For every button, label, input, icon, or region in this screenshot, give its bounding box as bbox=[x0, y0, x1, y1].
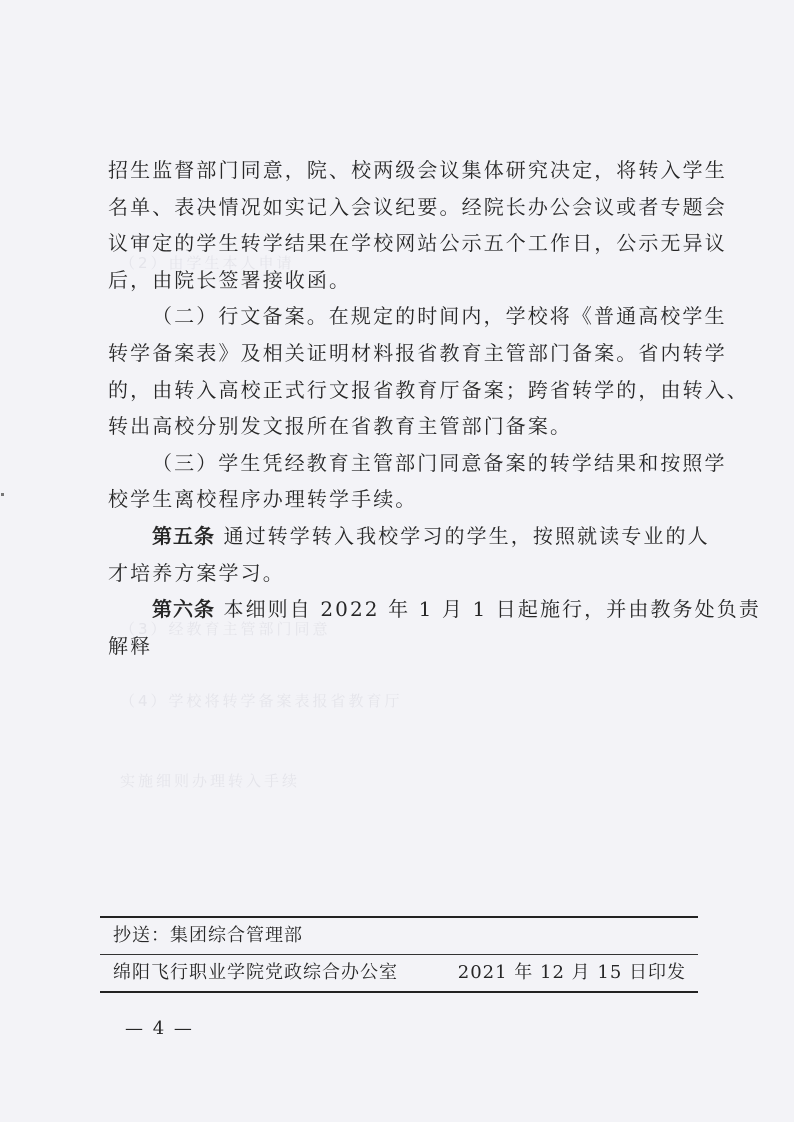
article-text: 通过转学转入我校学习的学生，按照就读专业的人 bbox=[223, 524, 709, 548]
text-line: 转出高校分别发文报所在省教育主管部门备案。 bbox=[108, 408, 702, 445]
document-body: 招生监督部门同意，院、校两级会议集体研究决定，将转入学生 名单、表决情况如实记入… bbox=[108, 152, 702, 664]
show-through-text: （4）学校将转学备案表报省教育厅 bbox=[120, 690, 700, 711]
divider bbox=[100, 991, 698, 993]
article-6: 第六条 本细则自 2022 年 1 月 1 日起施行，并由教务处负责 解释 bbox=[108, 591, 702, 664]
paragraph-approval: 招生监督部门同意，院、校两级会议集体研究决定，将转入学生 名单、表决情况如实记入… bbox=[108, 152, 702, 298]
article-5: 第五条 通过转学转入我校学习的学生，按照就读专业的人 才培养方案学习。 bbox=[108, 518, 702, 591]
issue-date: 2021 年 12 月 15 日印发 bbox=[458, 955, 686, 991]
article-heading: 第五条 bbox=[152, 524, 215, 548]
document-footer: 抄送：集团综合管理部 绵阳飞行职业学院党政综合办公室 2021 年 12 月 1… bbox=[100, 916, 698, 993]
issuer: 绵阳飞行职业学院党政综合办公室 bbox=[113, 955, 398, 991]
paragraph-procedures: （三）学生凭经教育主管部门同意备案的转学结果和按照学 校学生离校程序办理转学手续… bbox=[108, 445, 702, 518]
article-heading: 第六条 bbox=[152, 597, 215, 621]
text-line: 才培养方案学习。 bbox=[108, 555, 702, 592]
article-text: 本细则自 2022 年 1 月 1 日起施行，并由教务处负责 bbox=[223, 597, 761, 621]
scan-artifact bbox=[1, 493, 4, 496]
text-line: 第五条 通过转学转入我校学习的学生，按照就读专业的人 bbox=[108, 518, 702, 555]
text-line: 解释 bbox=[108, 628, 702, 665]
text-line: （二）行文备案。在规定的时间内，学校将《普通高校学生 bbox=[108, 298, 702, 335]
text-line: 后，由院长签署接收函。 bbox=[108, 262, 702, 299]
text-line: 第六条 本细则自 2022 年 1 月 1 日起施行，并由教务处负责 bbox=[108, 591, 702, 628]
text-line: 转学备案表》及相关证明材料报省教育主管部门备案。省内转学 bbox=[108, 335, 702, 372]
show-through-text: 实施细则办理转入手续 bbox=[120, 770, 700, 791]
cc-label: 抄送： bbox=[113, 925, 170, 946]
text-line: 名单、表决情况如实记入会议纪要。经院长办公会议或者专题会 bbox=[108, 189, 702, 226]
cc-value: 集团综合管理部 bbox=[170, 925, 303, 946]
text-line: 校学生离校程序办理转学手续。 bbox=[108, 481, 702, 518]
page-number: — 4 — bbox=[125, 1018, 194, 1039]
text-line: 的，由转入高校正式行文报省教育厅备案；跨省转学的，由转入、 bbox=[108, 372, 702, 409]
text-line: 议审定的学生转学结果在学校网站公示五个工作日，公示无异议 bbox=[108, 225, 702, 262]
cc-row: 抄送：集团综合管理部 bbox=[100, 918, 698, 954]
text-line: 招生监督部门同意，院、校两级会议集体研究决定，将转入学生 bbox=[108, 152, 702, 189]
text-line: （三）学生凭经教育主管部门同意备案的转学结果和按照学 bbox=[108, 445, 702, 482]
issuer-row: 绵阳飞行职业学院党政综合办公室 2021 年 12 月 15 日印发 bbox=[100, 955, 698, 991]
paragraph-filing: （二）行文备案。在规定的时间内，学校将《普通高校学生 转学备案表》及相关证明材料… bbox=[108, 298, 702, 444]
